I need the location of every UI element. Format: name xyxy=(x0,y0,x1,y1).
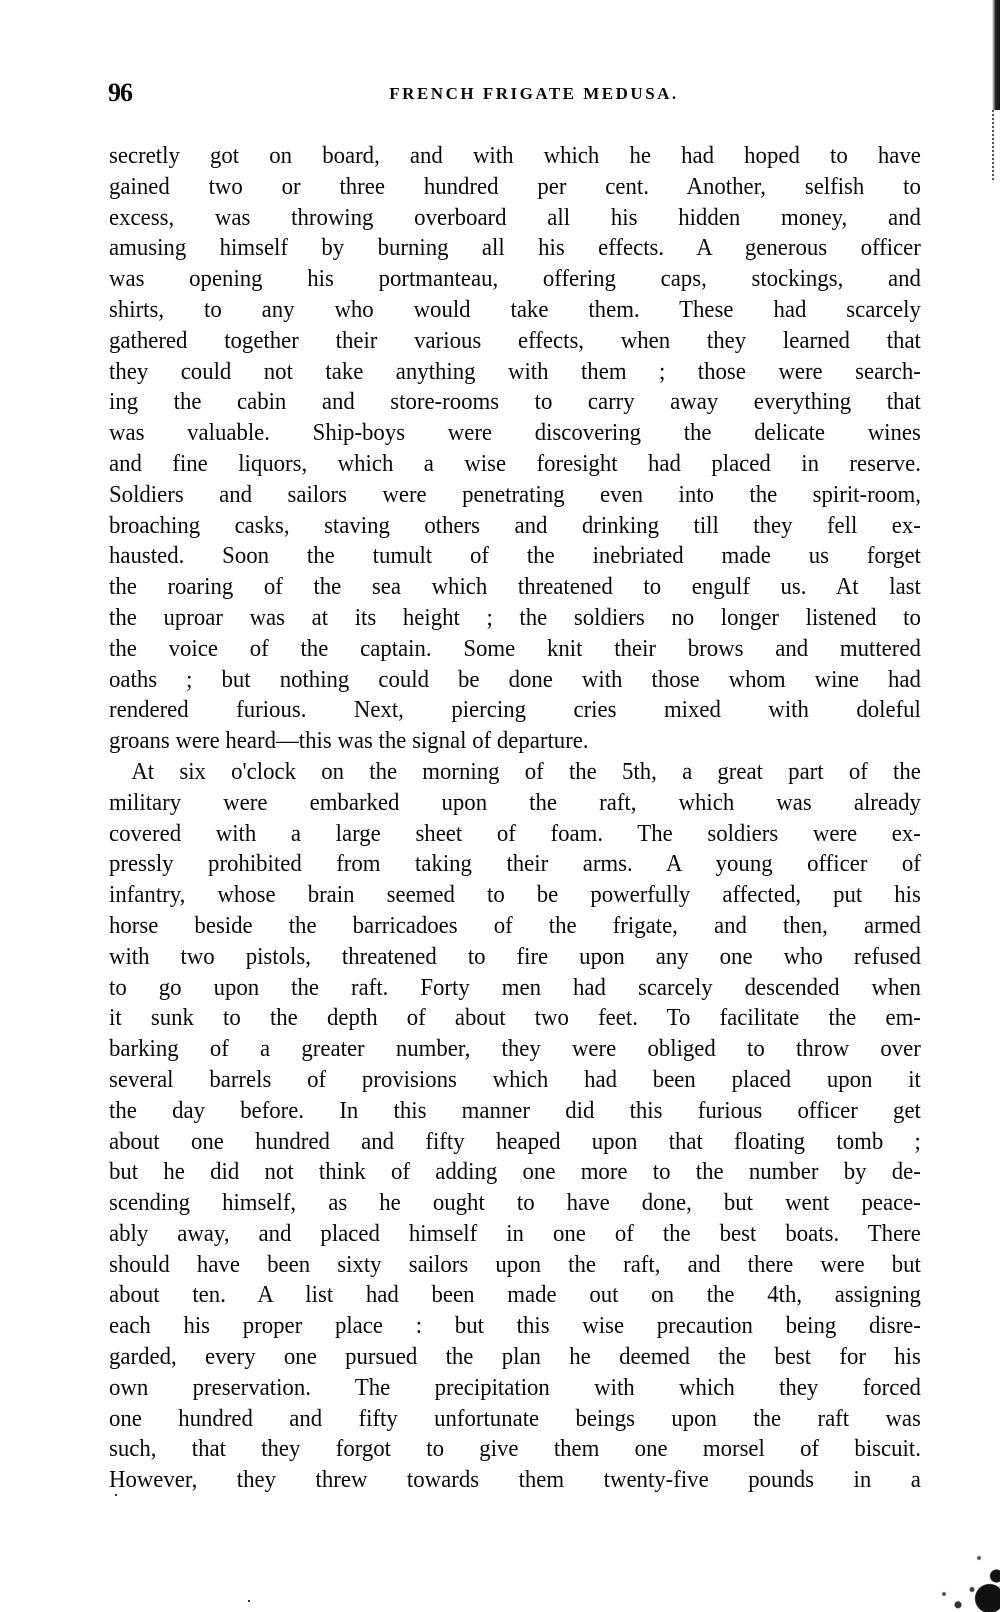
text-line: such, that they forgot to give them one … xyxy=(109,1434,921,1465)
text-line: each his proper place : but this wise pr… xyxy=(109,1311,921,1342)
text-line: about one hundred and fifty heaped upon … xyxy=(109,1127,921,1158)
text-line: but he did not think of adding one more … xyxy=(109,1157,921,1188)
text-line: covered with a large sheet of foam. The … xyxy=(109,819,921,850)
text-line: own preservation. The precipitation with… xyxy=(109,1373,921,1404)
text-line: the voice of the captain. Some knit thei… xyxy=(109,634,921,665)
text-line: it sunk to the depth of about two feet. … xyxy=(109,1003,921,1034)
paragraph-start-line: At six o'clock on the morning of the 5th… xyxy=(109,757,921,788)
text-line: Soldiers and sailors were penetrating ev… xyxy=(109,480,921,511)
text-line: barking of a greater number, they were o… xyxy=(109,1034,921,1065)
text-line: infantry, whose brain seemed to be power… xyxy=(109,880,921,911)
text-line: shirts, to any who would take them. Thes… xyxy=(109,295,921,326)
text-line: pressly prohibited from taking their arm… xyxy=(109,849,921,880)
text-line: oaths ; but nothing could be done with t… xyxy=(109,665,921,696)
body-text: secretly got on board, and with which he… xyxy=(109,141,921,1496)
text-line: garded, every one pursued the plan he de… xyxy=(109,1342,921,1373)
scan-mark xyxy=(115,1494,117,1496)
text-line: scending himself, as he ought to have do… xyxy=(109,1188,921,1219)
text-line: military were embarked upon the raft, wh… xyxy=(109,788,921,819)
text-line: horse beside the barricadoes of the frig… xyxy=(109,911,921,942)
text-line: the roaring of the sea which threatened … xyxy=(109,572,921,603)
text-line: amusing himself by burning all his effec… xyxy=(109,233,921,264)
text-line: several barrels of provisions which had … xyxy=(109,1065,921,1096)
text-line: rendered furious. Next, piercing cries m… xyxy=(109,695,921,726)
text-line: with two pistols, threatened to fire upo… xyxy=(109,942,921,973)
text-line: gathered together their various effects,… xyxy=(109,326,921,357)
scan-mark xyxy=(248,1600,250,1602)
scan-edge-shadow xyxy=(992,0,1000,110)
text-line: excess, was throwing overboard all his h… xyxy=(109,203,921,234)
text-line: was opening his portmanteau, offering ca… xyxy=(109,264,921,295)
text-line: to go upon the raft. Forty men had scarc… xyxy=(109,973,921,1004)
text-line: should have been sixty sailors upon the … xyxy=(109,1250,921,1281)
text-line: hausted. Soon the tumult of the inebriat… xyxy=(109,541,921,572)
scan-speckle xyxy=(930,1522,1000,1612)
scan-edge-dots xyxy=(990,110,994,180)
text-line: one hundred and fifty unfortunate beings… xyxy=(109,1404,921,1435)
paragraph-end-line: groans were heard—this was the signal of… xyxy=(109,726,921,757)
text-line: the day before. In this manner did this … xyxy=(109,1096,921,1127)
text-line: ably away, and placed himself in one of … xyxy=(109,1219,921,1250)
text-line: ing the cabin and store-rooms to carry a… xyxy=(109,387,921,418)
text-line: gained two or three hundred per cent. An… xyxy=(109,172,921,203)
text-line: was valuable. Ship-boys were discovering… xyxy=(109,418,921,449)
running-head: 96 FRENCH FRIGATE MEDUSA. xyxy=(108,78,920,108)
text-line: However, they threw towards them twenty-… xyxy=(109,1465,921,1496)
text-line: they could not take anything with them ;… xyxy=(109,357,921,388)
text-line: the uproar was at its height ; the soldi… xyxy=(109,603,921,634)
text-line: about ten. A list had been made out on t… xyxy=(109,1280,921,1311)
book-page: 96 FRENCH FRIGATE MEDUSA. secretly got o… xyxy=(0,0,1000,1612)
text-line: broaching casks, staving others and drin… xyxy=(109,511,921,542)
running-title: FRENCH FRIGATE MEDUSA. xyxy=(108,82,920,106)
text-line: and fine liquors, which a wise foresight… xyxy=(109,449,921,480)
text-line: secretly got on board, and with which he… xyxy=(109,141,921,172)
